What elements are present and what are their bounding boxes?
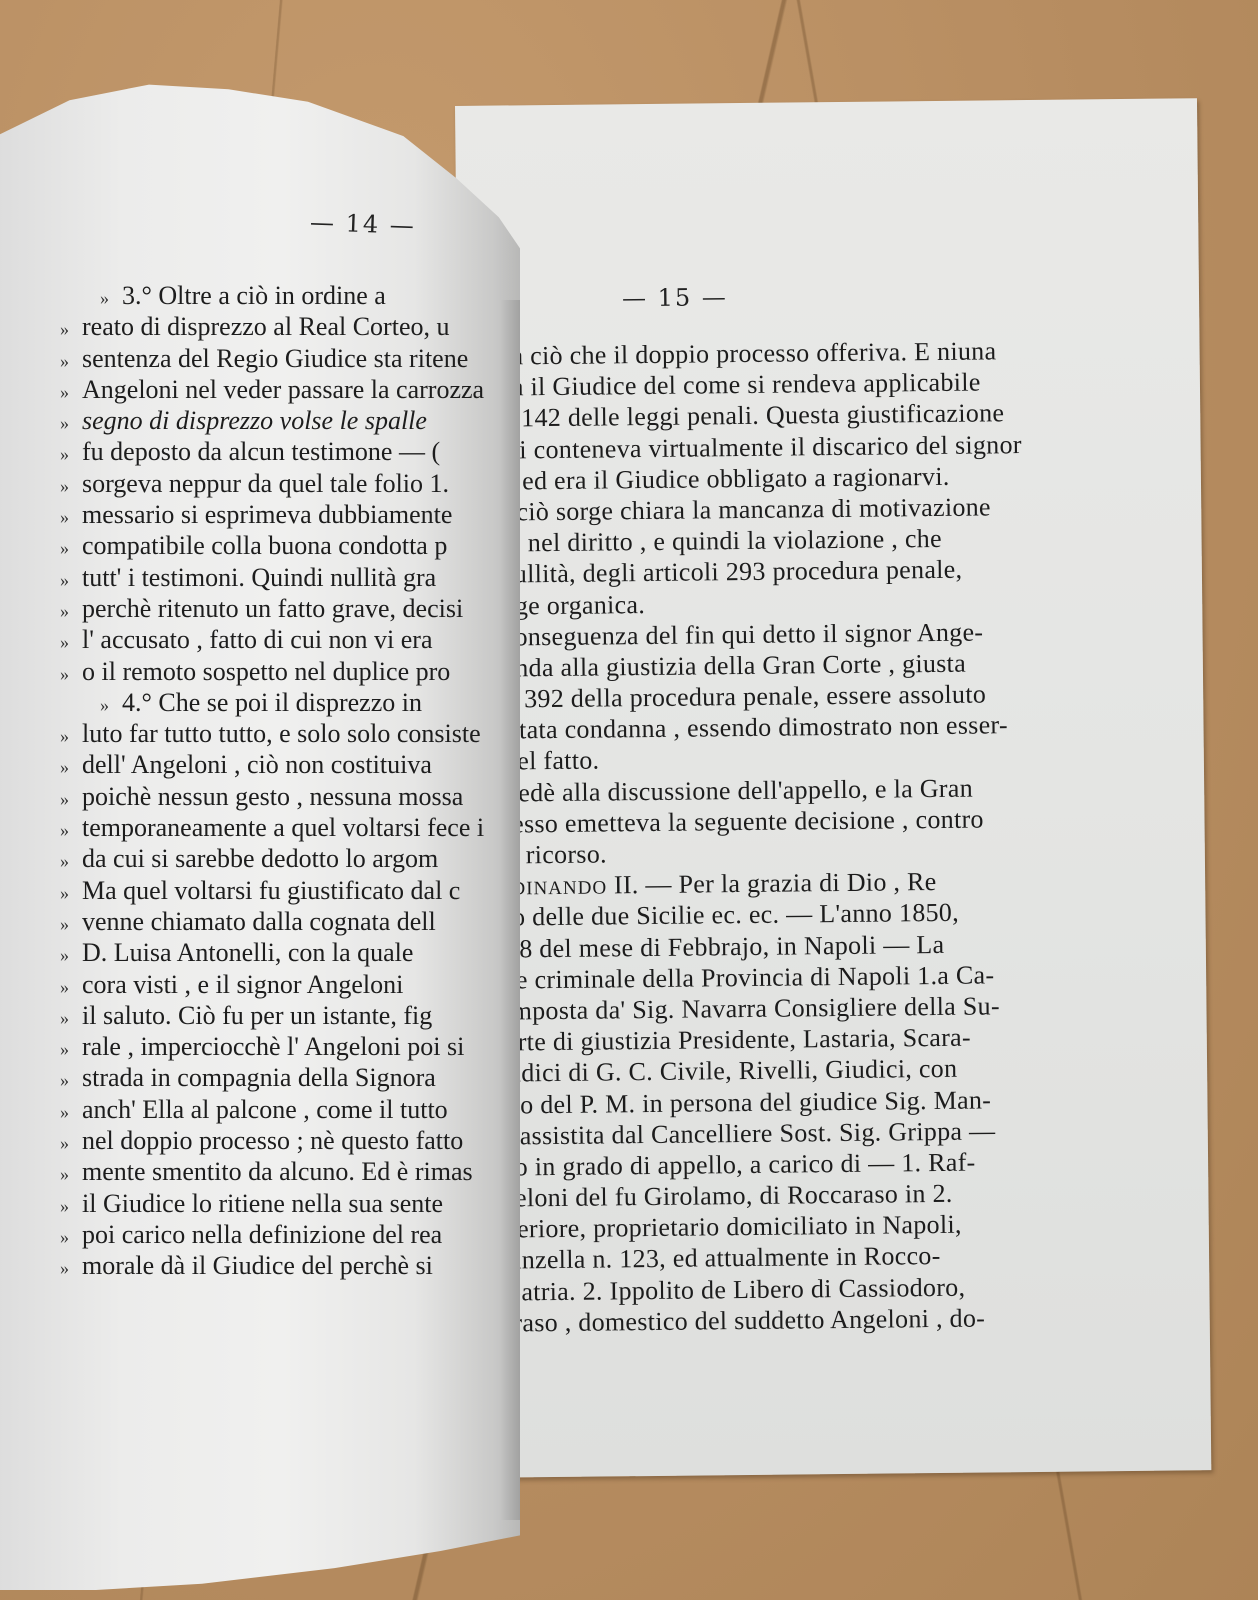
text-line: o nel fatto. bbox=[484, 741, 974, 777]
text-line: »mente smentito da alcuno. Ed è rimas bbox=[60, 1156, 515, 1187]
text-line: ni , ed era il Giudice obbligato a ragio… bbox=[481, 460, 971, 496]
text-line: ndo in grado di appello, a carico di — 1… bbox=[488, 1146, 978, 1182]
text-line: e dà il Giudice del come si rendeva appl… bbox=[480, 367, 970, 403]
line-text: sentenza del Regio Giudice sta ritene bbox=[82, 344, 468, 373]
quote-mark: » bbox=[60, 627, 82, 658]
quote-mark: » bbox=[60, 314, 82, 345]
line-text: anch' Ella al palcone , come il tutto bbox=[82, 1095, 448, 1124]
line-text: messario si esprimeva dubbiamente bbox=[82, 500, 452, 529]
text-line: »anch' Ella al palcone , come il tutto bbox=[60, 1094, 515, 1125]
text-line: »tutt' i testimoni. Quindi nullità gra bbox=[60, 562, 515, 593]
text-line: giudici di G. C. Civile, Rivelli, Giudic… bbox=[487, 1053, 977, 1089]
quote-mark: » bbox=[60, 533, 82, 564]
text-line: a nullità, degli articoli 293 procedura … bbox=[482, 554, 972, 590]
text-line: orte criminale della Provincia di Napoli… bbox=[486, 959, 976, 995]
line-text: o il remoto sospetto nel duplice pro bbox=[82, 657, 450, 686]
text-line: rocedè alla discussione dell'appello, e … bbox=[484, 772, 974, 808]
line-text: Angeloni nel veder passare la carrozza bbox=[82, 375, 484, 404]
line-text: l' accusato , fatto di cui non vi era bbox=[82, 625, 433, 654]
line-text: il saluto. Ciò fu per un istante, fig bbox=[82, 1001, 432, 1030]
quote-mark: » bbox=[60, 784, 82, 815]
line-text: morale dà il Giudice del perchè si bbox=[82, 1251, 433, 1280]
quote-mark: » bbox=[60, 565, 82, 596]
text-line: a patria. 2. Ippolito de Libero di Cassi… bbox=[489, 1271, 979, 1307]
text-line: n conseguenza del fin qui detto il signo… bbox=[482, 616, 972, 652]
right-page-body: e da ciò che il doppio processo offeriva… bbox=[479, 336, 979, 1339]
page-curl-shadow bbox=[500, 300, 520, 1520]
quote-mark: » bbox=[60, 659, 82, 690]
text-line: »o il remoto sospetto nel duplice pro bbox=[60, 656, 515, 687]
text-line: »perchè ritenuto un fatto grave, decisi bbox=[60, 593, 515, 624]
quote-mark: » bbox=[100, 283, 122, 314]
page-number-14: — 14 — bbox=[310, 208, 417, 240]
line-text: cora visti , e il signor Angeloni bbox=[82, 970, 403, 999]
text-line: »nel doppio processo ; nè questo fatto bbox=[60, 1125, 515, 1156]
quote-mark: » bbox=[60, 377, 82, 408]
text-line: »fu deposto da alcun testimone — ( bbox=[60, 436, 515, 467]
quote-mark: » bbox=[100, 690, 122, 721]
quote-mark: » bbox=[60, 471, 82, 502]
text-line: »Ma quel voltarsi fu giustificato dal c bbox=[60, 875, 515, 906]
text-line: »poi carico nella definizione del rea bbox=[60, 1219, 515, 1250]
quote-mark: » bbox=[60, 1065, 82, 1096]
line-text: mente smentito da alcuno. Ed è rimas bbox=[82, 1157, 473, 1186]
line-text: poi carico nella definizione del rea bbox=[82, 1220, 442, 1249]
text-line: »poichè nessun gesto , nessuna mossa bbox=[60, 781, 515, 812]
text-line: Corte di giustizia Presidente, Lastaria,… bbox=[487, 1022, 977, 1058]
quote-mark: » bbox=[60, 1003, 82, 1034]
text-line: »cora visti , e il signor Angeloni bbox=[60, 969, 515, 1000]
text-line: »rale , imperciocchè l' Angeloni poi si bbox=[60, 1031, 515, 1062]
text-line: composta da' Sig. Navarra Consigliere de… bbox=[486, 991, 976, 1027]
line-text: tutt' i testimoni. Quindi nullità gra bbox=[82, 563, 436, 592]
text-line: to e nel diritto , e quindi la violazion… bbox=[481, 523, 971, 559]
text-line: ento del P. M. in persona del giudice Si… bbox=[487, 1084, 977, 1120]
text-line: »compatibile colla buona condotta p bbox=[60, 530, 515, 561]
quote-mark: » bbox=[60, 1222, 82, 1253]
text-line: »reato di disprezzo al Real Corteo, u bbox=[60, 311, 515, 342]
line-text: da cui si sarebbe dedotto lo argom bbox=[82, 844, 438, 873]
quote-mark: » bbox=[60, 596, 82, 627]
quote-mark: » bbox=[60, 1159, 82, 1190]
text-line: tarsi conteneva virtualmente il discaric… bbox=[480, 429, 970, 465]
quote-mark: » bbox=[60, 1034, 82, 1065]
text-line: »Angeloni nel veder passare la carrozza bbox=[60, 374, 515, 405]
line-text: perchè ritenuto un fatto grave, decisi bbox=[82, 594, 463, 623]
line-text: dell' Angeloni , ciò non costituiva bbox=[82, 750, 432, 779]
quote-mark: » bbox=[60, 1253, 82, 1281]
text-line: »venne chiamato dalla cognata dell bbox=[60, 906, 515, 937]
quote-mark: » bbox=[60, 721, 82, 752]
line-text: Ma quel voltarsi fu giustificato dal c bbox=[82, 876, 460, 905]
line-text: D. Luisa Antonelli, con la quale bbox=[82, 938, 413, 967]
text-line: »sentenza del Regio Giudice sta ritene bbox=[60, 343, 515, 374]
text-line: »luto far tutto tutto, e solo solo consi… bbox=[60, 718, 515, 749]
left-page-body: »3.° Oltre a ciò in ordine a»reato di di… bbox=[60, 280, 515, 1282]
text-line: »D. Luisa Antonelli, con la quale bbox=[60, 937, 515, 968]
text-line: ora ricorso. bbox=[485, 835, 975, 871]
line-text: sorgeva neppur da quel tale folio 1. bbox=[82, 469, 449, 498]
text-line: o 28 del mese di Febbrajo, in Napoli — L… bbox=[486, 928, 976, 964]
line-text: temporaneamente a quel voltarsi fece i bbox=[82, 813, 484, 842]
line-text: strada in compagnia della Signora bbox=[82, 1063, 436, 1092]
text-line: eranzella n. 123, ed attualmente in Rocc… bbox=[489, 1240, 979, 1276]
line-text: nel doppio processo ; nè questo fatto bbox=[82, 1126, 463, 1155]
line-text: rale , imperciocchè l' Angeloni poi si bbox=[82, 1032, 464, 1061]
quote-mark: » bbox=[60, 502, 82, 533]
text-line: »il Giudice lo ritiene nella sua sente bbox=[60, 1188, 515, 1219]
text-line: »segno di disprezzo volse le spalle bbox=[60, 405, 515, 436]
text-line: »il saluto. Ciò fu per un istante, fig bbox=[60, 1000, 515, 1031]
page-number-15: — 15 — bbox=[622, 283, 728, 312]
line-text: compatibile colla buona condotta p bbox=[82, 531, 447, 560]
text-line: caraso , domestico del suddetto Angeloni… bbox=[490, 1302, 980, 1338]
left-page: — 14 — »3.° Oltre a ciò in ordine a»reat… bbox=[0, 30, 520, 1590]
text-line: »temporaneamente a quel voltarsi fece i bbox=[60, 812, 515, 843]
quote-mark: » bbox=[60, 878, 82, 909]
text-line: »dell' Angeloni , ciò non costituiva bbox=[60, 749, 515, 780]
line-text: 4.° Che se poi il disprezzo in bbox=[122, 688, 422, 717]
text-line: ERDINANDO II. — Per la grazia di Dio , R… bbox=[485, 866, 975, 902]
line-text: segno di disprezzo volse le spalle bbox=[82, 406, 427, 435]
text-line: tto ciò sorge chiara la mancanza di moti… bbox=[481, 492, 971, 528]
text-line: »l' accusato , fatto di cui non vi era bbox=[60, 624, 515, 655]
line-text: poichè nessun gesto , nessuna mossa bbox=[82, 782, 463, 811]
text-line: »3.° Oltre a ciò in ordine a bbox=[60, 280, 515, 311]
text-line: »messario si esprimeva dubbiamente bbox=[60, 499, 515, 530]
right-page: — 15 — e da ciò che il doppio processo o… bbox=[455, 98, 1211, 1478]
text-line: manda alla giustizia della Gran Corte , … bbox=[483, 647, 973, 683]
line-text: il Giudice lo ritiene nella sua sente bbox=[82, 1189, 443, 1218]
text-line: portata condanna , essendo dimostrato no… bbox=[483, 710, 973, 746]
text-line: e da ciò che il doppio processo offeriva… bbox=[479, 336, 969, 372]
quote-mark: » bbox=[60, 1097, 82, 1128]
line-text: reato di disprezzo al Real Corteo, u bbox=[82, 312, 449, 341]
text-line: di esso emetteva la seguente decisione ,… bbox=[484, 803, 974, 839]
quote-mark: » bbox=[60, 1191, 82, 1222]
quote-mark: » bbox=[60, 972, 82, 1003]
text-line: »da cui si sarebbe dedotto lo argom bbox=[60, 843, 515, 874]
quote-mark: » bbox=[60, 408, 82, 439]
text-line: ulteriore, proprietario domiciliato in N… bbox=[489, 1209, 979, 1245]
quote-mark: » bbox=[60, 439, 82, 470]
text-line: »morale dà il Giudice del perchè si bbox=[60, 1250, 515, 1281]
line-text: fu deposto da alcun testimone — ( bbox=[82, 437, 440, 466]
quote-mark: » bbox=[60, 1128, 82, 1159]
text-line: »sorgeva neppur da quel tale folio 1. bbox=[60, 468, 515, 499]
quote-mark: » bbox=[60, 815, 82, 846]
text-line: »strada in compagnia della Signora bbox=[60, 1062, 515, 1093]
quote-mark: » bbox=[60, 346, 82, 377]
quote-mark: » bbox=[60, 846, 82, 877]
line-text: venne chiamato dalla cognata dell bbox=[82, 907, 436, 936]
text-line: legge organica. bbox=[482, 585, 972, 621]
text-line: »4.° Che se poi il disprezzo in bbox=[60, 687, 515, 718]
line-text: luto far tutto tutto, e solo solo consis… bbox=[82, 719, 481, 748]
text-line: olo 392 della procedura penale, essere a… bbox=[483, 679, 973, 715]
quote-mark: » bbox=[60, 909, 82, 940]
text-line: gno delle due Sicilie ec. ec. — L'anno 1… bbox=[485, 897, 975, 933]
text-line: ed assistita dal Cancelliere Sost. Sig. … bbox=[488, 1115, 978, 1151]
line-text: 3.° Oltre a ciò in ordine a bbox=[122, 281, 386, 310]
text-line: olo 142 delle leggi penali. Questa giust… bbox=[480, 398, 970, 434]
text-line: ngeloni del fu Girolamo, di Roccaraso in… bbox=[488, 1178, 978, 1214]
quote-mark: » bbox=[60, 940, 82, 971]
quote-mark: » bbox=[60, 752, 82, 783]
